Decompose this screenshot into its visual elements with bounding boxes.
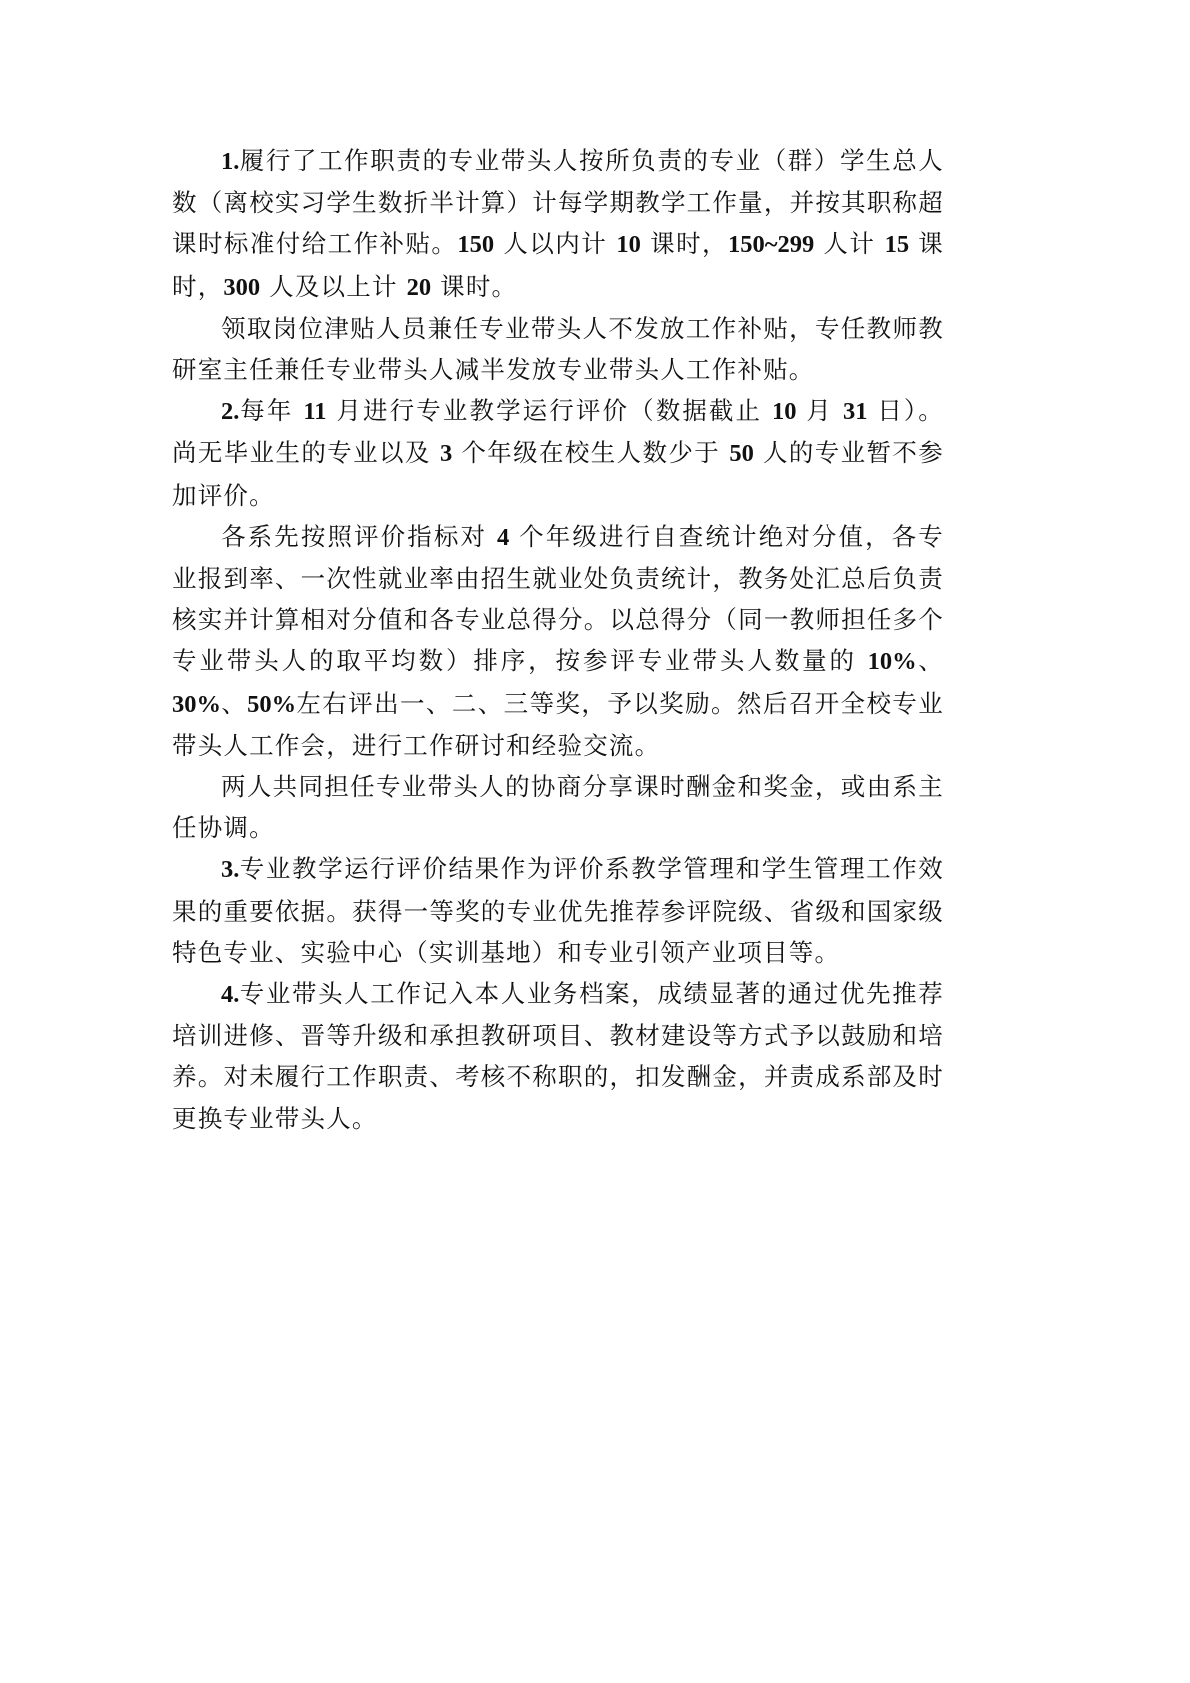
- number-segment: 4: [497, 524, 509, 551]
- number-segment: 10%: [868, 648, 917, 675]
- paragraph-6-evaluation-results: 3.专业教学运行评价结果作为评价系教学管理和学生管理工作效果的重要依据。获得一等…: [172, 848, 944, 973]
- text-segment: 专业教学运行评价结果作为评价系教学管理和学生管理工作效果的重要依据。获得一等奖的…: [172, 854, 944, 966]
- number-segment: 15: [885, 231, 910, 258]
- number-segment: 10: [772, 398, 797, 425]
- number-segment: 20: [407, 274, 432, 301]
- text-segment: 、: [917, 646, 944, 675]
- number-segment: 11: [303, 398, 326, 425]
- number-segment: 150~299: [728, 231, 814, 258]
- paragraph-2-allowance-rule: 领取岗位津贴人员兼任专业带头人不发放工作补贴，专任教师教研室主任兼任专业带头人减…: [172, 308, 944, 390]
- item-number: 1.: [221, 148, 239, 175]
- text-segment: 各系先按照评价指标对: [221, 522, 497, 551]
- document-page: 1.履行了工作职责的专业带头人按所负责的专业（群）学生总人数（离校实习学生数折半…: [172, 140, 944, 1139]
- paragraph-3-evaluation-schedule: 2.每年 11 月进行专业教学运行评价（数据截止 10 月 31 日）。尚无毕业…: [172, 390, 944, 516]
- item-number: 3.: [221, 856, 239, 883]
- item-number: 4.: [221, 981, 239, 1008]
- number-segment: 31: [843, 398, 868, 425]
- text-segment: 课时，: [641, 229, 728, 258]
- text-segment: 两人共同担任专业带头人的协商分享课时酬金和奖金，或由系主任协调。: [172, 772, 944, 842]
- paragraph-7-records-and-rewards: 4.专业带头人工作记入本人业务档案，成绩显著的通过优先推荐培训进修、晋等升级和承…: [172, 973, 944, 1139]
- text-segment: 月: [797, 396, 843, 425]
- number-segment: 3: [440, 440, 452, 467]
- number-segment: 50%: [247, 691, 296, 718]
- number-segment: 50: [729, 440, 754, 467]
- text-segment: 课时。: [431, 272, 517, 301]
- paragraph-1-workload-subsidy: 1.履行了工作职责的专业带头人按所负责的专业（群）学生总人数（离校实习学生数折半…: [172, 140, 944, 308]
- number-segment: 150: [457, 231, 494, 258]
- text-segment: 人计: [814, 229, 884, 258]
- text-segment: 领取岗位津贴人员兼任专业带头人不发放工作补贴，专任教师教研室主任兼任专业带头人减…: [172, 314, 944, 384]
- text-segment: 每年: [239, 396, 303, 425]
- text-segment: 专业带头人工作记入本人业务档案，成绩显著的通过优先推荐培训进修、晋等升级和承担教…: [172, 979, 944, 1133]
- number-segment: 300: [223, 274, 260, 301]
- paragraph-4-evaluation-procedure: 各系先按照评价指标对 4 个年级进行自查统计绝对分值，各专业报到率、一次性就业率…: [172, 516, 944, 766]
- paragraph-5-shared-leadership: 两人共同担任专业带头人的协商分享课时酬金和奖金，或由系主任协调。: [172, 766, 944, 848]
- text-segment: 、: [221, 689, 247, 718]
- number-segment: 10: [616, 231, 641, 258]
- text-segment: 人以内计: [494, 229, 616, 258]
- item-number: 2.: [221, 398, 239, 425]
- text-segment: 月进行专业教学运行评价（数据截止: [327, 396, 772, 425]
- text-segment: 个年级在校生人数少于: [452, 438, 729, 467]
- text-segment: 人及以上计: [260, 272, 406, 301]
- number-segment: 30%: [172, 691, 221, 718]
